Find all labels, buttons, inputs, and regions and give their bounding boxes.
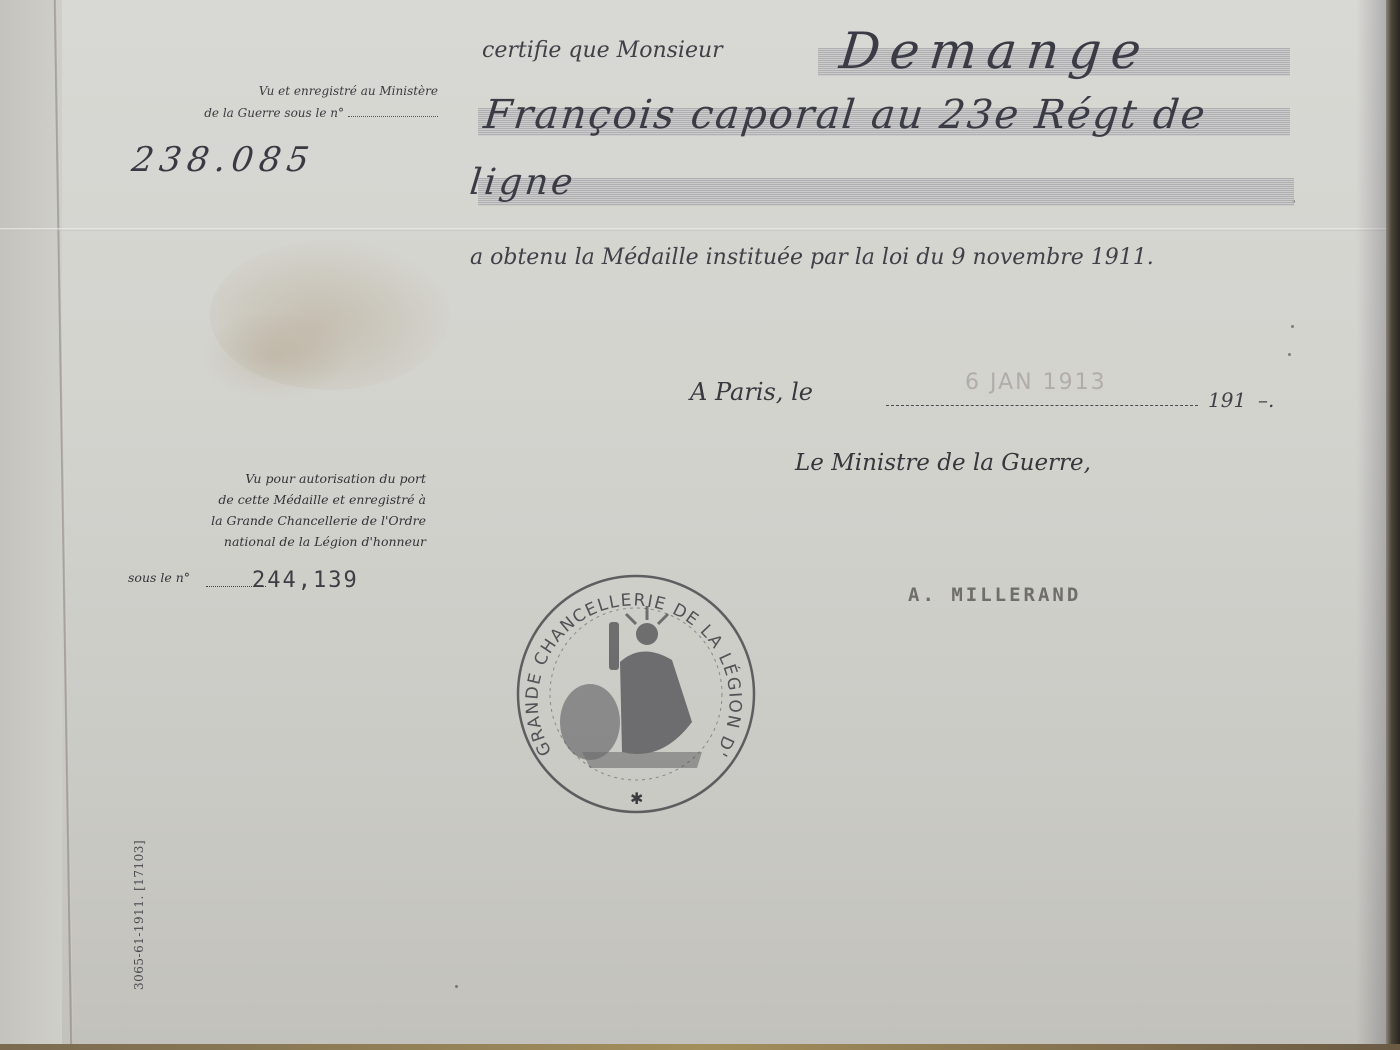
war-ministry-registration-number: 238.085: [129, 140, 317, 180]
registration-line-2: de la Guerre sous le n°: [138, 102, 438, 124]
registration-line-1: Vu et enregistré au Ministère: [138, 80, 438, 102]
certify-intro: certifie que Monsieur: [482, 38, 723, 63]
folded-left-strip: [0, 0, 62, 1050]
legion-honneur-authorization: Vu pour autorisation du port de cette Mé…: [124, 468, 426, 552]
registration-label: de la Guerre sous le n°: [204, 106, 344, 120]
minister-title: Le Ministre de la Guerre,: [795, 450, 1091, 476]
document-photo: Vu et enregistré au Ministère de la Guer…: [0, 0, 1400, 1050]
paper-speck: [455, 985, 458, 988]
minister-name-stamp: A. MILLERAND: [908, 584, 1081, 606]
paper-speck: [1288, 353, 1291, 356]
handwritten-rank-regiment: François caporal au 23e Régt de: [482, 92, 1209, 138]
date-dotted-line: [886, 405, 1198, 406]
registration-dotted-line: [348, 116, 438, 117]
authorization-number-label: sous le n°: [128, 570, 190, 585]
picture-frame-right-edge: [1386, 0, 1400, 1050]
legion-honneur-seal: GRANDE CHANCELLERIE DE LA LÉGION D'HONNE…: [512, 572, 760, 818]
medal-obtained-statement: a obtenu la Médaille instituée par la lo…: [470, 245, 1154, 270]
authorization-line: de cette Médaille et enregistré à: [124, 489, 426, 510]
line3-field-hatching: [478, 178, 1294, 206]
place-label: A Paris, le: [690, 378, 813, 406]
frame-shadow: [1356, 0, 1386, 1050]
handwritten-surname: Demange: [837, 22, 1154, 80]
allegorical-figure-with-torch-icon: GRANDE CHANCELLERIE DE LA LÉGION D'HONNE…: [512, 572, 760, 818]
horizontal-fold-crease: [0, 228, 1400, 231]
water-stain: [200, 310, 350, 400]
svg-text:✱: ✱: [630, 789, 643, 808]
year-prefix: 191: [1208, 388, 1246, 412]
year-suffix: –.: [1258, 388, 1274, 412]
paper-speck: [1291, 325, 1294, 328]
authorization-number: 244,139: [252, 568, 359, 593]
handwritten-line3: ligne: [468, 162, 578, 203]
authorization-line: national de la Légion d'honneur: [124, 531, 426, 552]
authorization-line: Vu pour autorisation du port: [124, 468, 426, 489]
authorization-line: la Grande Chancellerie de l'Ordre: [124, 510, 426, 531]
date-stamp: 6 JAN 1913: [965, 370, 1107, 395]
picture-frame-bottom-edge: [0, 1044, 1400, 1050]
war-ministry-registration: Vu et enregistré au Ministère de la Guer…: [138, 80, 438, 124]
print-reference: 3065-61-1911. [17103]: [132, 840, 146, 990]
